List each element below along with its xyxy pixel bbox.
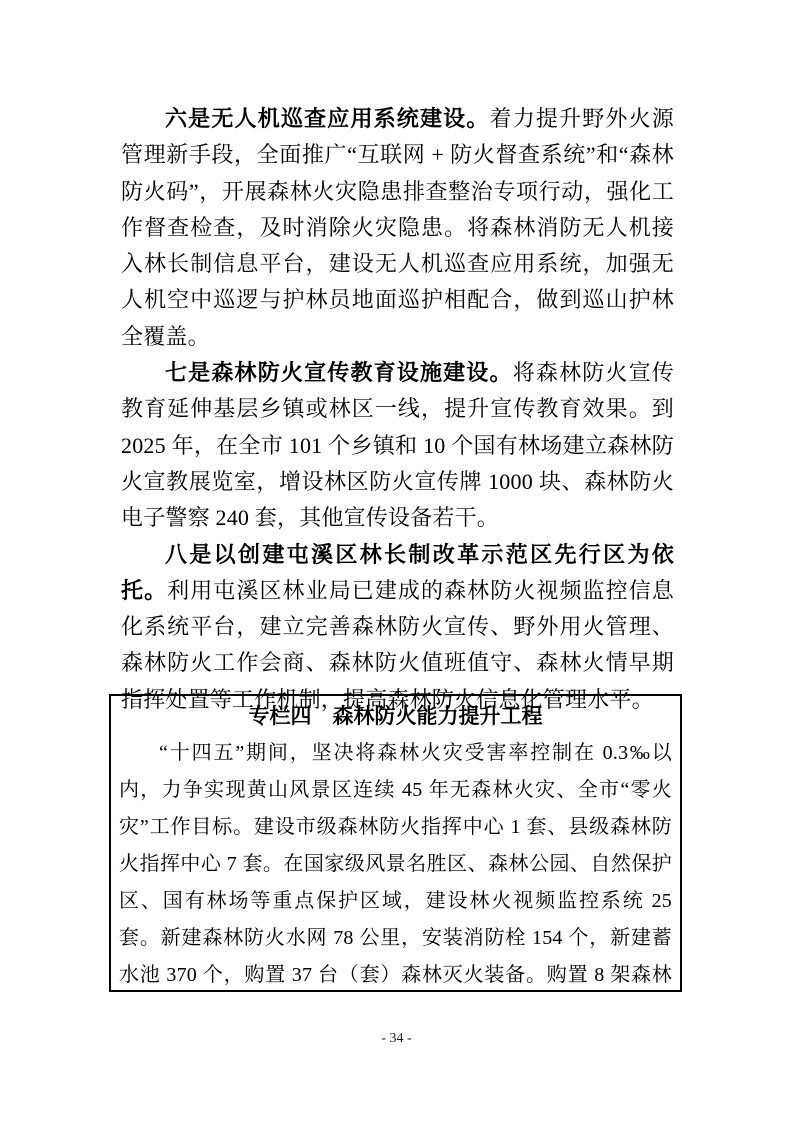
callout-body-text: “十四五”期间，坚决将森林火灾受害率控制在 0.3‰以内，力争实现黄山风景区连续… xyxy=(119,735,672,992)
callout-title: 专栏四 森林防火能力提升工程 xyxy=(119,698,672,735)
paragraph-text: 着力提升野外火源管理新手段，全面推广“互联网 + 防火督查系统”和“森林防火码”… xyxy=(121,106,674,349)
document-body: 六是无人机巡查应用系统建设。着力提升野外火源管理新手段，全面推广“互联网 + 防… xyxy=(121,101,674,718)
paragraph-lead: 六是无人机巡查应用系统建设。 xyxy=(165,106,490,131)
callout-box-column4: 专栏四 森林防火能力提升工程 “十四五”期间，坚决将森林火灾受害率控制在 0.3… xyxy=(109,694,682,992)
paragraph-tunxi-pilot: 八是以创建屯溪区林长制改革示范区先行区为依托。利用屯溪区林业局已建成的森林防火视… xyxy=(121,537,674,718)
paragraph-uav-system: 六是无人机巡查应用系统建设。着力提升野外火源管理新手段，全面推广“互联网 + 防… xyxy=(121,101,674,355)
page-number: - 34 - xyxy=(0,1031,793,1047)
paragraph-text: 将森林防火宣传教育延伸基层乡镇或林区一线，提升宣传教育效果。到 2025 年，在… xyxy=(121,360,674,530)
document-page: 六是无人机巡查应用系统建设。着力提升野外火源管理新手段，全面推广“互联网 + 防… xyxy=(0,0,793,1122)
paragraph-text: 利用屯溪区林业局已建成的森林防火视频监控信息化系统平台，建立完善森林防火宣传、野… xyxy=(121,578,674,712)
paragraph-lead: 七是森林防火宣传教育设施建设。 xyxy=(165,360,513,385)
paragraph-education-facilities: 七是森林防火宣传教育设施建设。将森林防火宣传教育延伸基层乡镇或林区一线，提升宣传… xyxy=(121,355,674,536)
